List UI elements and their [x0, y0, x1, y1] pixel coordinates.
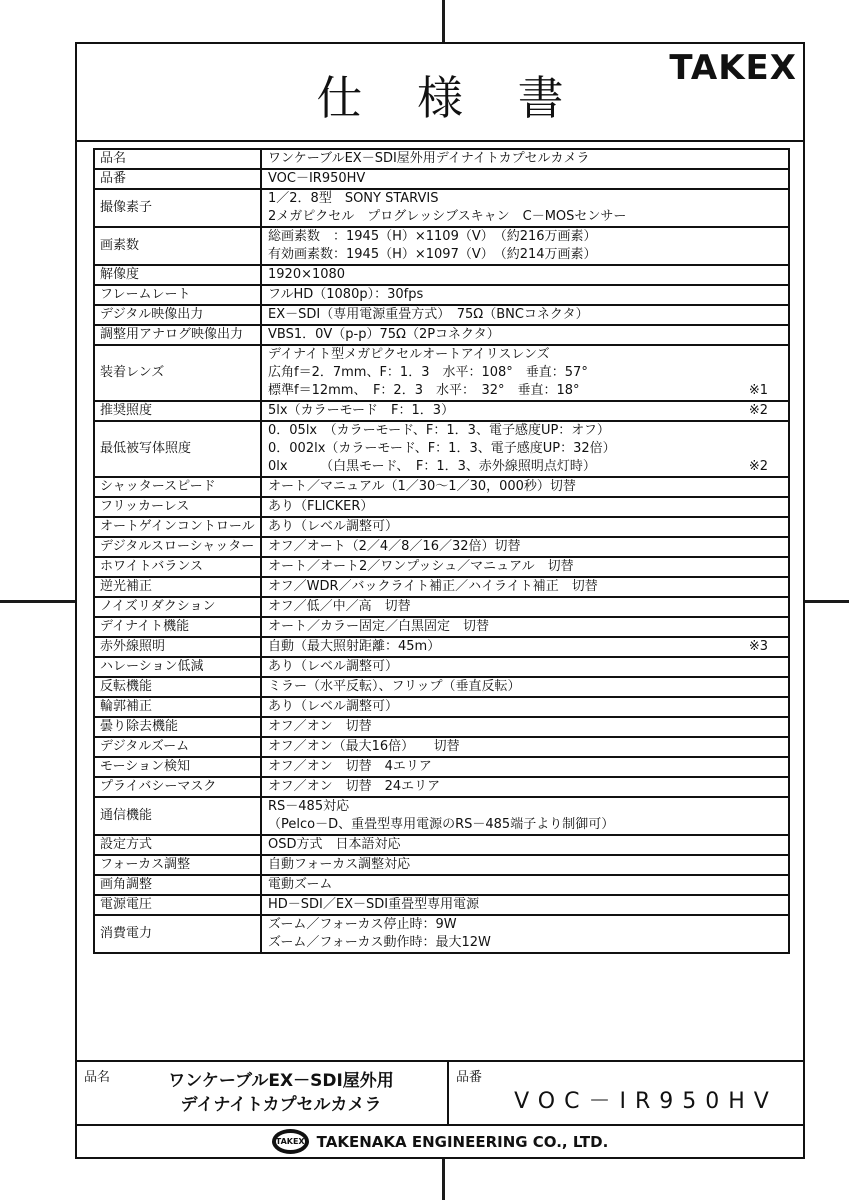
spec-label: 輪郭補正 — [94, 697, 261, 717]
footer-product-code-cell: 品番 VOC－IR950HV — [449, 1062, 803, 1124]
product-code: VOC－IR950HV — [489, 1084, 803, 1115]
spec-label: フォーカス調整 — [94, 855, 261, 875]
spec-label: ホワイトバランス — [94, 557, 261, 577]
spec-value: オフ／オン 切替 4エリア — [261, 757, 789, 777]
spec-label: デイナイト機能 — [94, 617, 261, 637]
spec-value: あり（レベル調整可） — [261, 517, 789, 537]
spec-value-line: 0．05lx （カラーモード、F：1．3、電子感度UP：オフ） — [268, 422, 788, 440]
spec-row: モーション検知オフ／オン 切替 4エリア — [94, 757, 789, 777]
takex-oval-icon: TAKEX — [272, 1129, 309, 1154]
takex-logo: TAKEX — [669, 48, 797, 88]
spec-value: RS－485対応（Pelco－D、重畳型専用電源のRS－485端子より制御可） — [261, 797, 789, 835]
spec-value-line: 0．002lx（カラーモード、F：1．3、電子感度UP：32倍） — [268, 440, 788, 458]
spec-label: 解像度 — [94, 265, 261, 285]
spec-label: 撮像素子 — [94, 189, 261, 227]
spec-value-line: 総画素数 ：1945（H）×1109（V） （約216万画素） — [268, 228, 788, 246]
spec-label: 設定方式 — [94, 835, 261, 855]
spec-value: フルHD（1080p）：30fps — [261, 285, 789, 305]
spec-table: 品名ワンケーブルEX－SDI屋外用デイナイトカプセルカメラ品番VOC－IR950… — [93, 148, 790, 954]
crop-mark-right — [803, 600, 849, 603]
spec-value-line: HD－SDI／EX－SDI重畳型専用電源 — [268, 896, 788, 914]
spec-row: 品名ワンケーブルEX－SDI屋外用デイナイトカプセルカメラ — [94, 149, 789, 169]
spec-row: 曇り除去機能オフ／オン 切替 — [94, 717, 789, 737]
spec-value-line: オフ／オン 切替 — [268, 718, 788, 736]
spec-label: 逆光補正 — [94, 577, 261, 597]
spec-value: 総画素数 ：1945（H）×1109（V） （約216万画素）有効画素数：194… — [261, 227, 789, 265]
spec-label: 消費電力 — [94, 915, 261, 953]
spec-label: フレームレート — [94, 285, 261, 305]
spec-value: オフ／低／中／高 切替 — [261, 597, 789, 617]
spec-value: オフ／オン（最大16倍） 切替 — [261, 737, 789, 757]
spec-row: ノイズリダクションオフ／低／中／高 切替 — [94, 597, 789, 617]
spec-row: オートゲインコントロールあり（レベル調整可） — [94, 517, 789, 537]
spec-value-line: オフ／オート（2／4／8／16／32倍）切替 — [268, 538, 788, 556]
spec-row: 電源電圧HD－SDI／EX－SDI重畳型専用電源 — [94, 895, 789, 915]
spec-value-line: 2メガピクセル プログレッシブスキャン C－MOSセンサー — [268, 208, 788, 226]
spec-value-line: フルHD（1080p）：30fps — [268, 286, 788, 304]
spec-value: HD－SDI／EX－SDI重畳型専用電源 — [261, 895, 789, 915]
spec-value-line: あり（レベル調整可） — [268, 698, 788, 716]
spec-value-line: ワンケーブルEX－SDI屋外用デイナイトカプセルカメラ — [268, 150, 788, 168]
spec-value-line: オート／マニュアル（1／30～1／30，000秒）切替 — [268, 478, 788, 496]
crop-mark-top — [442, 0, 445, 43]
spec-label: オートゲインコントロール — [94, 517, 261, 537]
spec-value: ミラー（水平反転）、フリップ（垂直反転） — [261, 677, 789, 697]
product-name: ワンケーブルEX－SDI屋外用 デイナイトカプセルカメラ — [119, 1069, 443, 1117]
spec-label: モーション検知 — [94, 757, 261, 777]
company-name: TAKENAKA ENGINEERING CO., LTD. — [317, 1133, 609, 1151]
document-frame: 仕 様 書 TAKEX 品名ワンケーブルEX－SDI屋外用デイナイトカプセルカメ… — [75, 42, 805, 1159]
spec-label: 赤外線照明 — [94, 637, 261, 657]
spec-value: あり（レベル調整可） — [261, 657, 789, 677]
spec-row: デジタル映像出力EX－SDI（専用電源重畳方式） 75Ω（BNCコネクタ） — [94, 305, 789, 325]
spec-label: デジタル映像出力 — [94, 305, 261, 325]
spec-value: 自動（最大照射距離：45m）※3 — [261, 637, 789, 657]
spec-row: フレームレートフルHD（1080p）：30fps — [94, 285, 789, 305]
spec-row: ホワイトバランスオート／オート2／ワンプッシュ／マニュアル 切替 — [94, 557, 789, 577]
spec-label: 推奨照度 — [94, 401, 261, 421]
spec-value-line: あり（レベル調整可） — [268, 658, 788, 676]
spec-value: 1／2．8型 SONY STARVIS2メガピクセル プログレッシブスキャン C… — [261, 189, 789, 227]
spec-value: EX－SDI（専用電源重畳方式） 75Ω（BNCコネクタ） — [261, 305, 789, 325]
spec-note: ※2 — [749, 402, 788, 420]
spec-row: 通信機能RS－485対応（Pelco－D、重畳型専用電源のRS－485端子より制… — [94, 797, 789, 835]
spec-value-line: 1／2．8型 SONY STARVIS — [268, 190, 788, 208]
spec-value: VBS1．0V（p-p）75Ω（2Pコネクタ） — [261, 325, 789, 345]
spec-value-line: RS－485対応 — [268, 798, 788, 816]
footer-product-row: 品名 ワンケーブルEX－SDI屋外用 デイナイトカプセルカメラ 品番 VOC－I… — [77, 1062, 803, 1124]
spec-value-line: オフ／オン（最大16倍） 切替 — [268, 738, 788, 756]
spec-row: フォーカス調整自動フォーカス調整対応 — [94, 855, 789, 875]
spec-row: フリッカーレスあり（FLICKER） — [94, 497, 789, 517]
spec-value-line: オート／オート2／ワンプッシュ／マニュアル 切替 — [268, 558, 788, 576]
spec-note: ※1 — [749, 382, 788, 400]
spec-label: 品名 — [94, 149, 261, 169]
spec-label: プライバシーマスク — [94, 777, 261, 797]
spec-value: 0．05lx （カラーモード、F：1．3、電子感度UP：オフ）0．002lx（カ… — [261, 421, 789, 477]
spec-value: オート／カラー固定／白黒固定 切替 — [261, 617, 789, 637]
spec-label: 通信機能 — [94, 797, 261, 835]
spec-value-line: OSD方式 日本語対応 — [268, 836, 788, 854]
spec-row: 設定方式OSD方式 日本語対応 — [94, 835, 789, 855]
page: 仕 様 書 TAKEX 品名ワンケーブルEX－SDI屋外用デイナイトカプセルカメ… — [0, 0, 849, 1200]
spec-label: 画素数 — [94, 227, 261, 265]
spec-value: オフ／オート（2／4／8／16／32倍）切替 — [261, 537, 789, 557]
spec-value-line: 5lx（カラーモード F：1．3）※2 — [268, 402, 788, 420]
spec-row: 撮像素子1／2．8型 SONY STARVIS2メガピクセル プログレッシブスキ… — [94, 189, 789, 227]
spec-value-line: 自動フォーカス調整対応 — [268, 856, 788, 874]
spec-label: フリッカーレス — [94, 497, 261, 517]
spec-value: OSD方式 日本語対応 — [261, 835, 789, 855]
footer-product-name-cell: 品名 ワンケーブルEX－SDI屋外用 デイナイトカプセルカメラ — [77, 1062, 449, 1124]
spec-row: シャッタースピードオート／マニュアル（1／30～1／30，000秒）切替 — [94, 477, 789, 497]
spec-value-line: 電動ズーム — [268, 876, 788, 894]
document-header: 仕 様 書 TAKEX — [77, 44, 803, 142]
spec-row: 品番VOC－IR950HV — [94, 169, 789, 189]
spec-label: 品番 — [94, 169, 261, 189]
spec-value: 5lx（カラーモード F：1．3）※2 — [261, 401, 789, 421]
spec-value-line: （Pelco－D、重畳型専用電源のRS－485端子より制御可） — [268, 816, 788, 834]
spec-value: ワンケーブルEX－SDI屋外用デイナイトカプセルカメラ — [261, 149, 789, 169]
spec-row: 反転機能ミラー（水平反転）、フリップ（垂直反転） — [94, 677, 789, 697]
spec-value-line: ミラー（水平反転）、フリップ（垂直反転） — [268, 678, 788, 696]
spec-row: プライバシーマスクオフ／オン 切替 24エリア — [94, 777, 789, 797]
spec-value-line: あり（FLICKER） — [268, 498, 788, 516]
product-name-line2: デイナイトカプセルカメラ — [119, 1093, 443, 1117]
product-code-label: 品番 — [456, 1066, 482, 1085]
spec-row: 解像度1920×1080 — [94, 265, 789, 285]
spec-label: 反転機能 — [94, 677, 261, 697]
spec-row: 推奨照度5lx（カラーモード F：1．3）※2 — [94, 401, 789, 421]
spec-value-line: 0lx （白黒モード、 F：1．3、赤外線照明点灯時）※2 — [268, 458, 788, 476]
spec-row: デジタルズームオフ／オン（最大16倍） 切替 — [94, 737, 789, 757]
spec-row: 調整用アナログ映像出力VBS1．0V（p-p）75Ω（2Pコネクタ） — [94, 325, 789, 345]
spec-row: 装着レンズデイナイト型メガピクセルオートアイリスレンズ広角f＝2．7mm、F：1… — [94, 345, 789, 401]
spec-row: 消費電力ズーム／フォーカス停止時：9Wズーム／フォーカス動作時：最大12W — [94, 915, 789, 953]
spec-row: ハレーション低減あり（レベル調整可） — [94, 657, 789, 677]
spec-value-line: ズーム／フォーカス停止時：9W — [268, 916, 788, 934]
company-strip: TAKEX TAKENAKA ENGINEERING CO., LTD. — [77, 1124, 803, 1157]
spec-row: デイナイト機能オート／カラー固定／白黒固定 切替 — [94, 617, 789, 637]
spec-row: 画角調整電動ズーム — [94, 875, 789, 895]
spec-note: ※2 — [749, 458, 788, 476]
spec-label: 調整用アナログ映像出力 — [94, 325, 261, 345]
spec-row: 画素数総画素数 ：1945（H）×1109（V） （約216万画素）有効画素数：… — [94, 227, 789, 265]
spec-label: デジタルスローシャッター — [94, 537, 261, 557]
spec-value: オフ／オン 切替 24エリア — [261, 777, 789, 797]
spec-label: 曇り除去機能 — [94, 717, 261, 737]
spec-row: 赤外線照明自動（最大照射距離：45m）※3 — [94, 637, 789, 657]
spec-value: デイナイト型メガピクセルオートアイリスレンズ広角f＝2．7mm、F：1．3 水平… — [261, 345, 789, 401]
spec-label: 画角調整 — [94, 875, 261, 895]
spec-value: あり（FLICKER） — [261, 497, 789, 517]
spec-label: 最低被写体照度 — [94, 421, 261, 477]
spec-value: オート／オート2／ワンプッシュ／マニュアル 切替 — [261, 557, 789, 577]
spec-value: オート／マニュアル（1／30～1／30，000秒）切替 — [261, 477, 789, 497]
spec-value: VOC－IR950HV — [261, 169, 789, 189]
spec-value-line: VBS1．0V（p-p）75Ω（2Pコネクタ） — [268, 326, 788, 344]
spec-value-line: ズーム／フォーカス動作時：最大12W — [268, 934, 788, 952]
spec-row: 輪郭補正あり（レベル調整可） — [94, 697, 789, 717]
spec-value: 電動ズーム — [261, 875, 789, 895]
spec-row: 最低被写体照度0．05lx （カラーモード、F：1．3、電子感度UP：オフ）0．… — [94, 421, 789, 477]
crop-mark-left — [0, 600, 76, 603]
spec-value: 自動フォーカス調整対応 — [261, 855, 789, 875]
crop-mark-bottom — [442, 1158, 445, 1200]
spec-label: シャッタースピード — [94, 477, 261, 497]
spec-value-line: 標準f＝12mm、 F：2．3 水平： 32° 垂直：18°※1 — [268, 382, 788, 400]
spec-value: 1920×1080 — [261, 265, 789, 285]
spec-value-line: オフ／WDR／バックライト補正／ハイライト補正 切替 — [268, 578, 788, 596]
spec-value-line: オート／カラー固定／白黒固定 切替 — [268, 618, 788, 636]
spec-label: 装着レンズ — [94, 345, 261, 401]
spec-row: 逆光補正オフ／WDR／バックライト補正／ハイライト補正 切替 — [94, 577, 789, 597]
spec-value-line: 有効画素数：1945（H）×1097（V） （約214万画素） — [268, 246, 788, 264]
spec-note: ※3 — [749, 638, 788, 656]
footer-block: 品名 ワンケーブルEX－SDI屋外用 デイナイトカプセルカメラ 品番 VOC－I… — [75, 1060, 805, 1159]
spec-value: ズーム／フォーカス停止時：9Wズーム／フォーカス動作時：最大12W — [261, 915, 789, 953]
spec-value: オフ／WDR／バックライト補正／ハイライト補正 切替 — [261, 577, 789, 597]
spec-value: オフ／オン 切替 — [261, 717, 789, 737]
product-name-label: 品名 — [84, 1066, 110, 1085]
spec-value-line: EX－SDI（専用電源重畳方式） 75Ω（BNCコネクタ） — [268, 306, 788, 324]
spec-row: デジタルスローシャッターオフ／オート（2／4／8／16／32倍）切替 — [94, 537, 789, 557]
spec-value-line: 広角f＝2．7mm、F：1．3 水平：108° 垂直：57° — [268, 364, 788, 382]
spec-label: デジタルズーム — [94, 737, 261, 757]
spec-value-line: オフ／低／中／高 切替 — [268, 598, 788, 616]
spec-label: 電源電圧 — [94, 895, 261, 915]
spec-value-line: オフ／オン 切替 24エリア — [268, 778, 788, 796]
spec-value-line: 自動（最大照射距離：45m）※3 — [268, 638, 788, 656]
spec-label: ノイズリダクション — [94, 597, 261, 617]
spec-label: ハレーション低減 — [94, 657, 261, 677]
spec-value-line: オフ／オン 切替 4エリア — [268, 758, 788, 776]
spec-value-line: あり（レベル調整可） — [268, 518, 788, 536]
spec-value-line: デイナイト型メガピクセルオートアイリスレンズ — [268, 346, 788, 364]
spec-value-line: VOC－IR950HV — [268, 170, 788, 188]
product-name-line1: ワンケーブルEX－SDI屋外用 — [119, 1069, 443, 1093]
spec-value-line: 1920×1080 — [268, 266, 788, 284]
spec-value: あり（レベル調整可） — [261, 697, 789, 717]
